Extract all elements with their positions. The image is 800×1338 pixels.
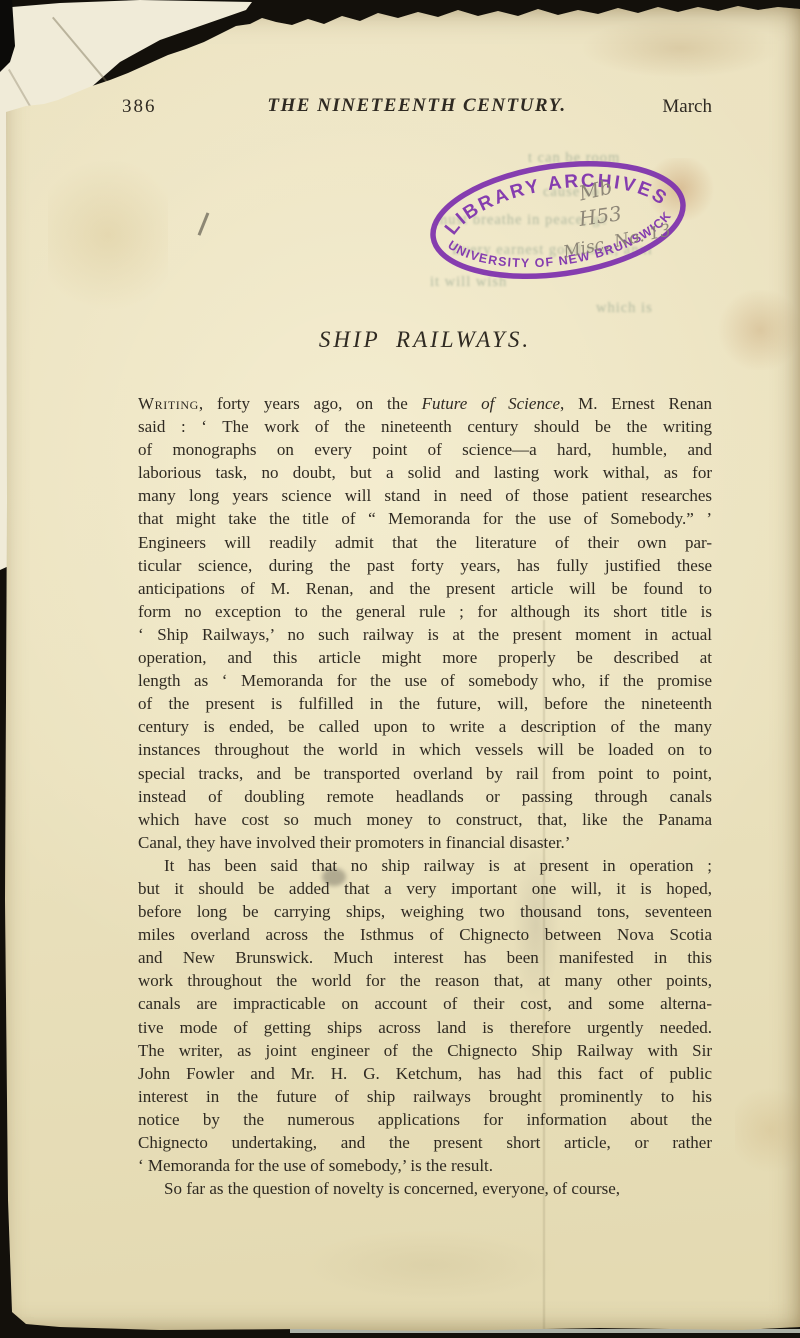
text-segment: ‘ Ship Railways,’ no such railway is at … <box>138 625 712 644</box>
text-segment: tive mode of getting ships across land i… <box>138 1018 712 1037</box>
text-line: It has been said that no ship railway is… <box>138 854 712 877</box>
handwritten-call-number: H53 <box>576 201 623 231</box>
text-line: canals are impracticable on account of t… <box>138 992 712 1015</box>
text-line: The writer, as joint engineer of the Chi… <box>138 1039 712 1062</box>
text-line: miles overland across the Isthmus of Chi… <box>138 923 712 946</box>
text-line: of the present is fulfilled in the futur… <box>138 692 712 715</box>
text-segment: of the present is fulfilled in the futur… <box>138 694 712 713</box>
text-line: Writing, forty years ago, on the Future … <box>138 392 712 415</box>
text-line: laborious task, no doubt, but a solid an… <box>138 461 712 484</box>
text-line: said : ‘ The work of the nineteenth cent… <box>138 415 712 438</box>
text-segment: canals are impracticable on account of t… <box>138 994 712 1013</box>
text-segment: instead of doubling remote headlands or … <box>138 787 712 806</box>
text-segment: interest in the future of ship railways … <box>138 1087 712 1106</box>
text-line: ‘ Ship Railways,’ no such railway is at … <box>138 623 712 646</box>
page-paper: 386 THE NINETEENTH CENTURY. March SHIP R… <box>0 0 800 1334</box>
text-segment: operation, and this article might more p… <box>138 648 712 667</box>
text-segment: ‘ Memoranda for the use of somebody,’ is… <box>138 1156 493 1175</box>
text-segment: It has been said that no ship railway is… <box>164 856 712 875</box>
text-line: form no exception to the general rule ; … <box>138 600 712 623</box>
text-line: special tracks, and be transported overl… <box>138 762 712 785</box>
text-line: notice by the numerous applications for … <box>138 1108 712 1131</box>
article-title: SHIP RAILWAYS. <box>138 327 712 353</box>
text-line: of monographs on every point of science—… <box>138 438 712 461</box>
text-segment: Future of Science <box>422 394 560 413</box>
rust-stain <box>715 290 800 370</box>
text-line: anticipations of M. Renan, and the prese… <box>138 577 712 600</box>
text-segment: that might take the title of “ Memoranda… <box>138 509 712 528</box>
text-segment: The writer, as joint engineer of the Chi… <box>138 1041 712 1060</box>
scanned-page: 386 THE NINETEENTH CENTURY. March SHIP R… <box>0 0 800 1338</box>
text-line: but it should be added that a very impor… <box>138 877 712 900</box>
text-segment: work throughout the world for the reason… <box>138 971 712 990</box>
running-header: 386 THE NINETEENTH CENTURY. March <box>122 96 712 122</box>
text-line: which have cost so much money to constru… <box>138 808 712 831</box>
text-segment: said : ‘ The work of the nineteenth cent… <box>138 417 712 436</box>
text-line: interest in the future of ship railways … <box>138 1085 712 1108</box>
text-line: century is ended, be called upon to writ… <box>138 715 712 738</box>
text-segment: many long years science will stand in ne… <box>138 486 712 505</box>
text-line: John Fowler and Mr. H. G. Ketchum, has h… <box>138 1062 712 1085</box>
journal-title: THE NINETEENTH CENTURY. <box>267 95 566 117</box>
text-segment: , forty years ago, on the <box>199 394 422 413</box>
text-line: Engineers will readily admit that the li… <box>138 531 712 554</box>
text-segment: length as ‘ Memoranda for the use of som… <box>138 671 712 690</box>
page-number: 386 <box>122 96 157 118</box>
text-line: instances throughout the world in which … <box>138 738 712 761</box>
text-line: before long be carrying ships, weighing … <box>138 900 712 923</box>
paragraph: So far as the question of novelty is con… <box>138 1177 712 1200</box>
text-line: operation, and this article might more p… <box>138 646 712 669</box>
text-segment: notice by the numerous applications for … <box>138 1110 712 1129</box>
foxing-spot <box>735 1080 800 1180</box>
text-segment: century is ended, be called upon to writ… <box>138 717 712 736</box>
text-segment: which have cost so much money to constru… <box>138 810 712 829</box>
text-segment: anticipations of M. Renan, and the prese… <box>138 579 712 598</box>
text-segment: Writing <box>138 394 199 413</box>
text-line: tive mode of getting ships across land i… <box>138 1016 712 1039</box>
paragraph: It has been said that no ship railway is… <box>138 854 712 1177</box>
text-line: Chignecto undertaking, and the present s… <box>138 1131 712 1154</box>
text-segment: instances throughout the world in which … <box>138 740 712 759</box>
article-body: Writing, forty years ago, on the Future … <box>138 392 712 1200</box>
text-line: ticular science, during the past forty y… <box>138 554 712 577</box>
text-line: and New Brunswick. Much interest has bee… <box>138 946 712 969</box>
text-line: instead of doubling remote headlands or … <box>138 785 712 808</box>
text-segment: Chignecto undertaking, and the present s… <box>138 1133 712 1152</box>
text-segment: form no exception to the general rule ; … <box>138 602 712 621</box>
handwritten-misc-number: Misc. No. 13 <box>561 221 673 263</box>
text-line: Canal, they have involved their promoter… <box>138 831 712 854</box>
show-through-text: which is <box>596 300 653 317</box>
text-segment: John Fowler and Mr. H. G. Ketchum, has h… <box>138 1064 712 1083</box>
text-segment: special tracks, and be transported overl… <box>138 764 712 783</box>
text-segment: but it should be added that a very impor… <box>138 879 712 898</box>
text-line: ‘ Memoranda for the use of somebody,’ is… <box>138 1154 712 1177</box>
text-line: that might take the title of “ Memoranda… <box>138 507 712 530</box>
text-line: work throughout the world for the reason… <box>138 969 712 992</box>
issue-month: March <box>662 96 712 118</box>
text-segment: and New Brunswick. Much interest has bee… <box>138 948 712 967</box>
text-line: So far as the question of novelty is con… <box>138 1177 712 1200</box>
text-segment: ticular science, during the past forty y… <box>138 556 712 575</box>
text-segment: miles overland across the Isthmus of Chi… <box>138 925 712 944</box>
text-line: many long years science will stand in ne… <box>138 484 712 507</box>
text-segment: So far as the question of novelty is con… <box>164 1179 620 1198</box>
text-line: length as ‘ Memoranda for the use of som… <box>138 669 712 692</box>
text-segment: before long be carrying ships, weighing … <box>138 902 712 921</box>
text-segment: Engineers will readily admit that the li… <box>138 533 712 552</box>
text-segment: Canal, they have involved their promoter… <box>138 833 570 852</box>
text-segment: , M. Ernest Renan <box>560 394 712 413</box>
paragraph: Writing, forty years ago, on the Future … <box>138 392 712 854</box>
text-segment: laborious task, no doubt, but a solid an… <box>138 463 712 482</box>
text-segment: of monographs on every point of science—… <box>138 440 712 459</box>
